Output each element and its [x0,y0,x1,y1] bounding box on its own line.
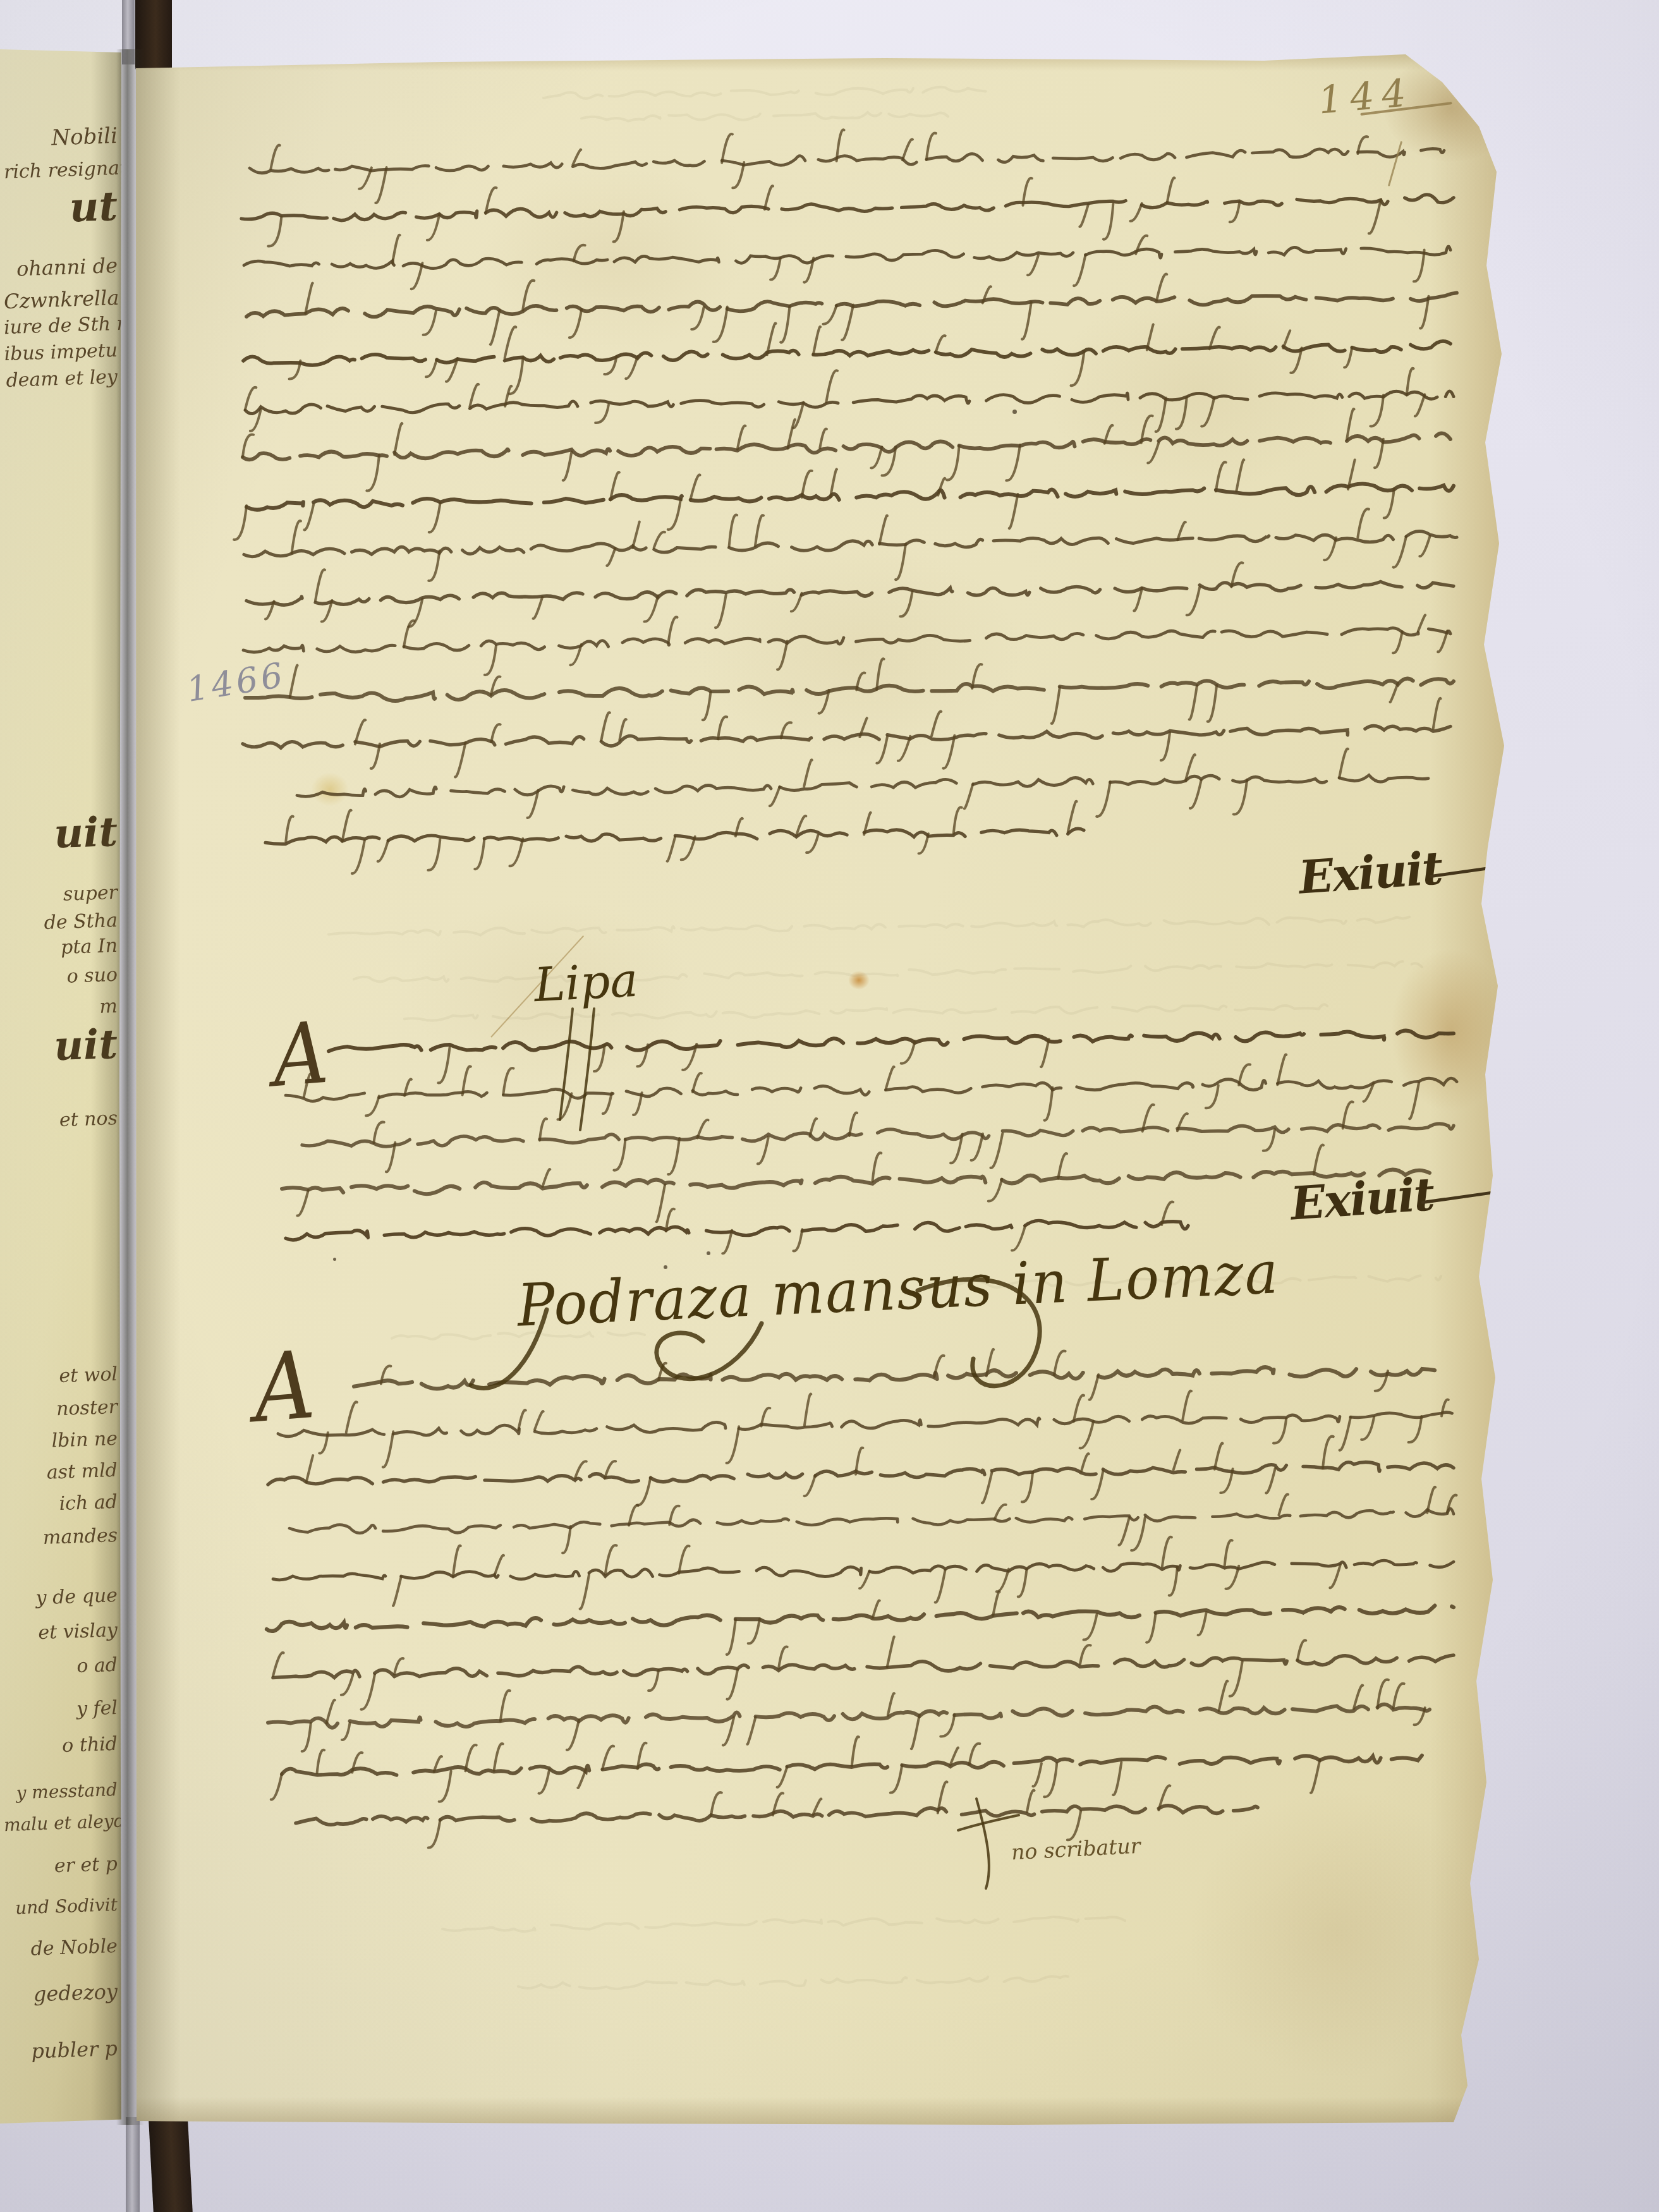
ink-stroke [442,1917,1125,1931]
entry-heading-lipa: Lipa [533,953,640,1012]
ink-stroke [544,87,986,99]
ink-stroke [958,1815,1019,1830]
ink-stroke [329,917,1409,935]
edge-fragment: uit [3,1021,119,1072]
manuscript-photo: Nobilirich resignauitutohanni deCzwnkrel… [0,0,1659,2212]
ink-stroke [297,1145,1323,1222]
ink-stroke [580,1009,594,1130]
edge-fragment: iure de Sth re [3,313,118,339]
ink-stroke [243,434,1450,460]
ink-stroke [528,749,1348,818]
ink-stroke [354,961,1422,981]
ink-stroke [727,1591,1206,1655]
ink-stroke [265,562,1243,628]
ink-stroke [268,1462,1454,1485]
ink-stroke [246,483,1454,509]
ink-stroke [302,1124,1454,1146]
edge-fragment: m [3,995,118,1021]
issue-mark: Exiuit [1289,1167,1435,1231]
ink-stroke [243,726,1450,748]
ink-stroke [243,409,1383,491]
ink-stroke [305,274,1428,344]
edge-fragment: ibus impetu [3,339,118,365]
ink-stroke [290,659,1398,724]
edge-fragment: ut [3,183,119,234]
edge-fragment: publer p [3,2036,118,2064]
edge-fragment: malu et aleyd [3,1811,118,1835]
ink-stroke [245,679,1454,701]
ink-stroke [374,1102,1352,1174]
ink-stroke [289,323,1352,394]
ink-stroke [282,1170,1430,1194]
ink-stroke [268,178,1380,246]
edge-fragment: y fel [3,1697,118,1723]
edge-fragment: et vislay [3,1619,118,1645]
ink-stroke [241,195,1454,221]
ink-stroke [246,581,1454,605]
edge-fragment: de Noble [3,1935,118,1961]
ink-stroke [267,1606,1454,1631]
ink-stroke [273,1560,1454,1580]
folio-number: 144 [1316,71,1415,123]
edge-fragment: pta In [3,935,118,961]
ink-stroke [250,149,1444,173]
ink-stroke [243,628,1450,652]
edge-fragment: gedezoy [3,1979,118,2007]
issue-mark: Exiuit [1297,841,1443,904]
entry-initial: A [270,1004,331,1106]
ink-stroke [518,1976,1068,1989]
edge-fragment: Czwnkrella [3,286,118,313]
entry-initial: A [251,1330,318,1444]
edge-fragment: lbin ne [3,1428,118,1454]
ink-stroke [297,775,1428,797]
ink-stroke [278,1413,1452,1437]
ink-stroke [244,246,1450,269]
facing-page-edge: Nobilirich resignauitutohanni deCzwnkrel… [0,49,121,2124]
ink-stroke [392,235,1425,289]
ink-stroke [286,1220,1188,1240]
edge-fragment: super [3,882,118,908]
edge-fragment: noster [3,1396,118,1422]
manuscript-page: 144 1466 Exiuit Exiuit Lipa Podraza mans… [0,0,1659,2212]
edge-fragment: ohanni de [3,253,118,281]
ink-stroke [234,459,1394,540]
edge-fragment: et wol [3,1363,118,1389]
ink-stroke [560,1009,573,1120]
ink-stroke [244,531,1457,556]
edge-fragment: ich ad [3,1491,118,1517]
edge-fragment: rich resignauit [3,157,118,183]
ink-stroke [245,391,1454,414]
ink-stroke [319,1391,1448,1468]
ink-stroke [273,1655,1454,1678]
binding-strap-bottom [149,2121,193,2212]
edge-fragment: de Stha [3,909,118,935]
ink-stroke [268,1705,1430,1728]
edge-fragment: y de que [3,1584,118,1610]
binding-rod-bottom [126,2117,140,2212]
edge-fragment: o suo [3,964,118,990]
edge-fragment: y messtand [3,1779,118,1804]
edge-fragment: o thid [3,1733,118,1759]
edge-fragment: er et p [3,1853,118,1879]
edge-fragment: et nos [3,1107,118,1133]
handwriting-ink-layer [0,0,1659,2212]
ink-stroke [270,130,1368,203]
edge-fragment: mandes [3,1524,118,1550]
ink-stroke [243,341,1450,365]
edge-fragment: deam et ley [3,366,118,392]
ink-stroke [304,1054,1419,1120]
edge-fragment: und Sodivit [3,1894,118,1919]
ink-stroke [286,1078,1457,1101]
ink-stroke [581,112,948,121]
edge-fragment: uit [3,808,119,860]
ink-stroke [329,1031,1454,1052]
edge-fragment: ast mld [3,1459,118,1485]
edge-fragment: o ad [3,1654,118,1680]
edge-fragment: Nobili [3,123,118,152]
